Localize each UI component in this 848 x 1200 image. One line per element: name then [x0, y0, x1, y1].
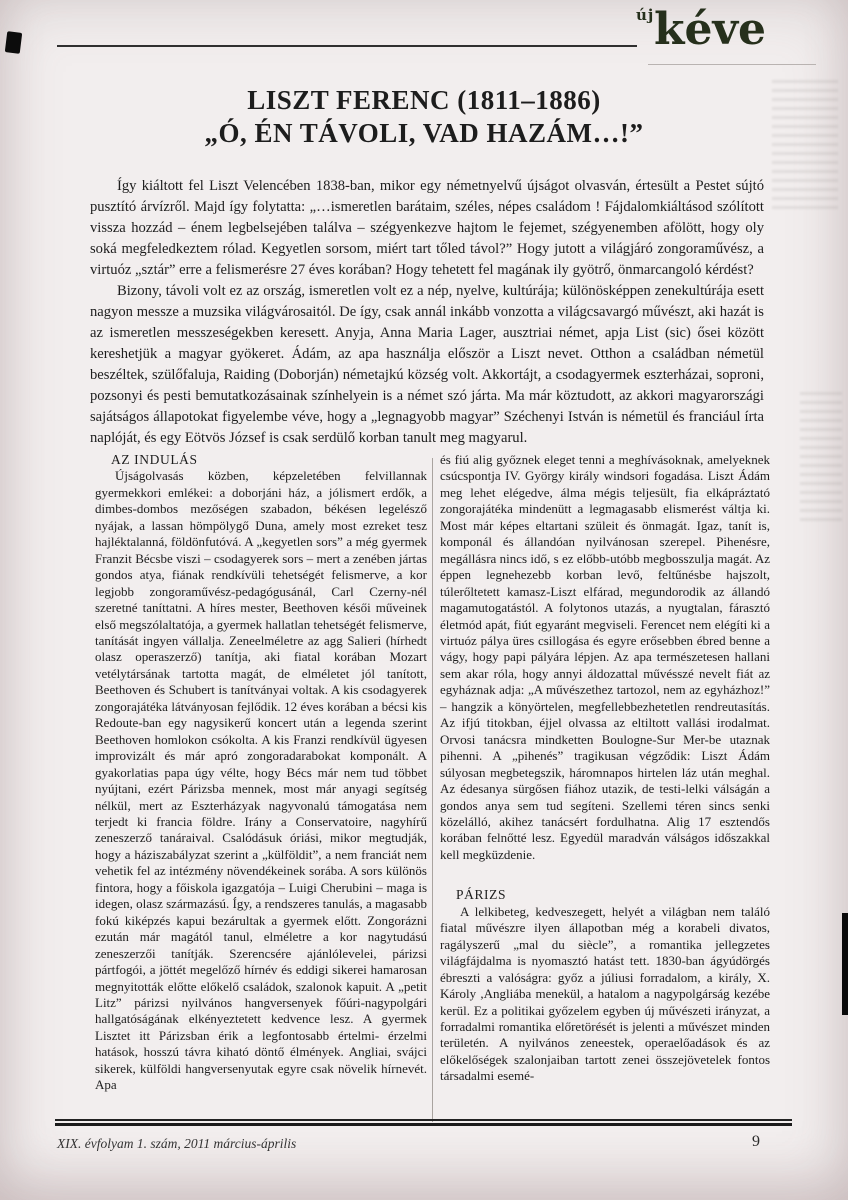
header-rule [57, 45, 637, 47]
footer-issue-label: XIX. évfolyam 1. szám, 2011 március-ápri… [57, 1136, 296, 1152]
ink-bleedthrough-mid-right [800, 392, 842, 522]
section-heading-parizs: PÁRIZS [440, 887, 770, 903]
intro-paragraph-2: Bizony, távoli volt ez az ország, ismere… [90, 281, 764, 449]
title-line-2: „Ó, ÉN TÁVOLI, VAD HAZÁM…!” [0, 117, 848, 150]
right-column-paragraph-2: A lelkibeteg, kedveszegett, helyét a vil… [440, 904, 770, 1085]
scan-artifact-top-left [5, 31, 22, 54]
lead-paragraphs: Így kiáltott fel Liszt Velencében 1838-b… [90, 176, 764, 449]
page-title: LISZT FERENC (1811–1886) „Ó, ÉN TÁVOLI, … [0, 84, 848, 150]
footer-rule [55, 1119, 792, 1126]
right-column-paragraph-1: és fiú alig győznek eleget tenni a meghí… [440, 452, 770, 863]
left-column-paragraph: Újságolvasás közben, képzeletében felvil… [95, 468, 427, 1093]
footer-page-number: 9 [752, 1133, 760, 1151]
title-line-1: LISZT FERENC (1811–1886) [0, 84, 848, 117]
column-divider [432, 458, 433, 1122]
left-column: AZ INDULÁS Újságolvasás közben, képzelet… [95, 452, 427, 1094]
scanned-magazine-page: új kéve LISZT FERENC (1811–1886) „Ó, ÉN … [0, 0, 848, 1200]
section-heading-az-indulas: AZ INDULÁS [95, 452, 427, 468]
magazine-logo: új kéve [628, 0, 823, 66]
scan-artifact-right-edge [842, 913, 848, 1015]
logo-name: kéve [654, 6, 766, 54]
intro-paragraph-1: Így kiáltott fel Liszt Velencében 1838-b… [90, 176, 764, 281]
logo-underline [648, 64, 816, 65]
ink-bleedthrough-top-right [772, 80, 838, 215]
logo-prefix: új [636, 6, 654, 24]
right-column: és fiú alig győznek eleget tenni a meghí… [440, 452, 770, 1085]
